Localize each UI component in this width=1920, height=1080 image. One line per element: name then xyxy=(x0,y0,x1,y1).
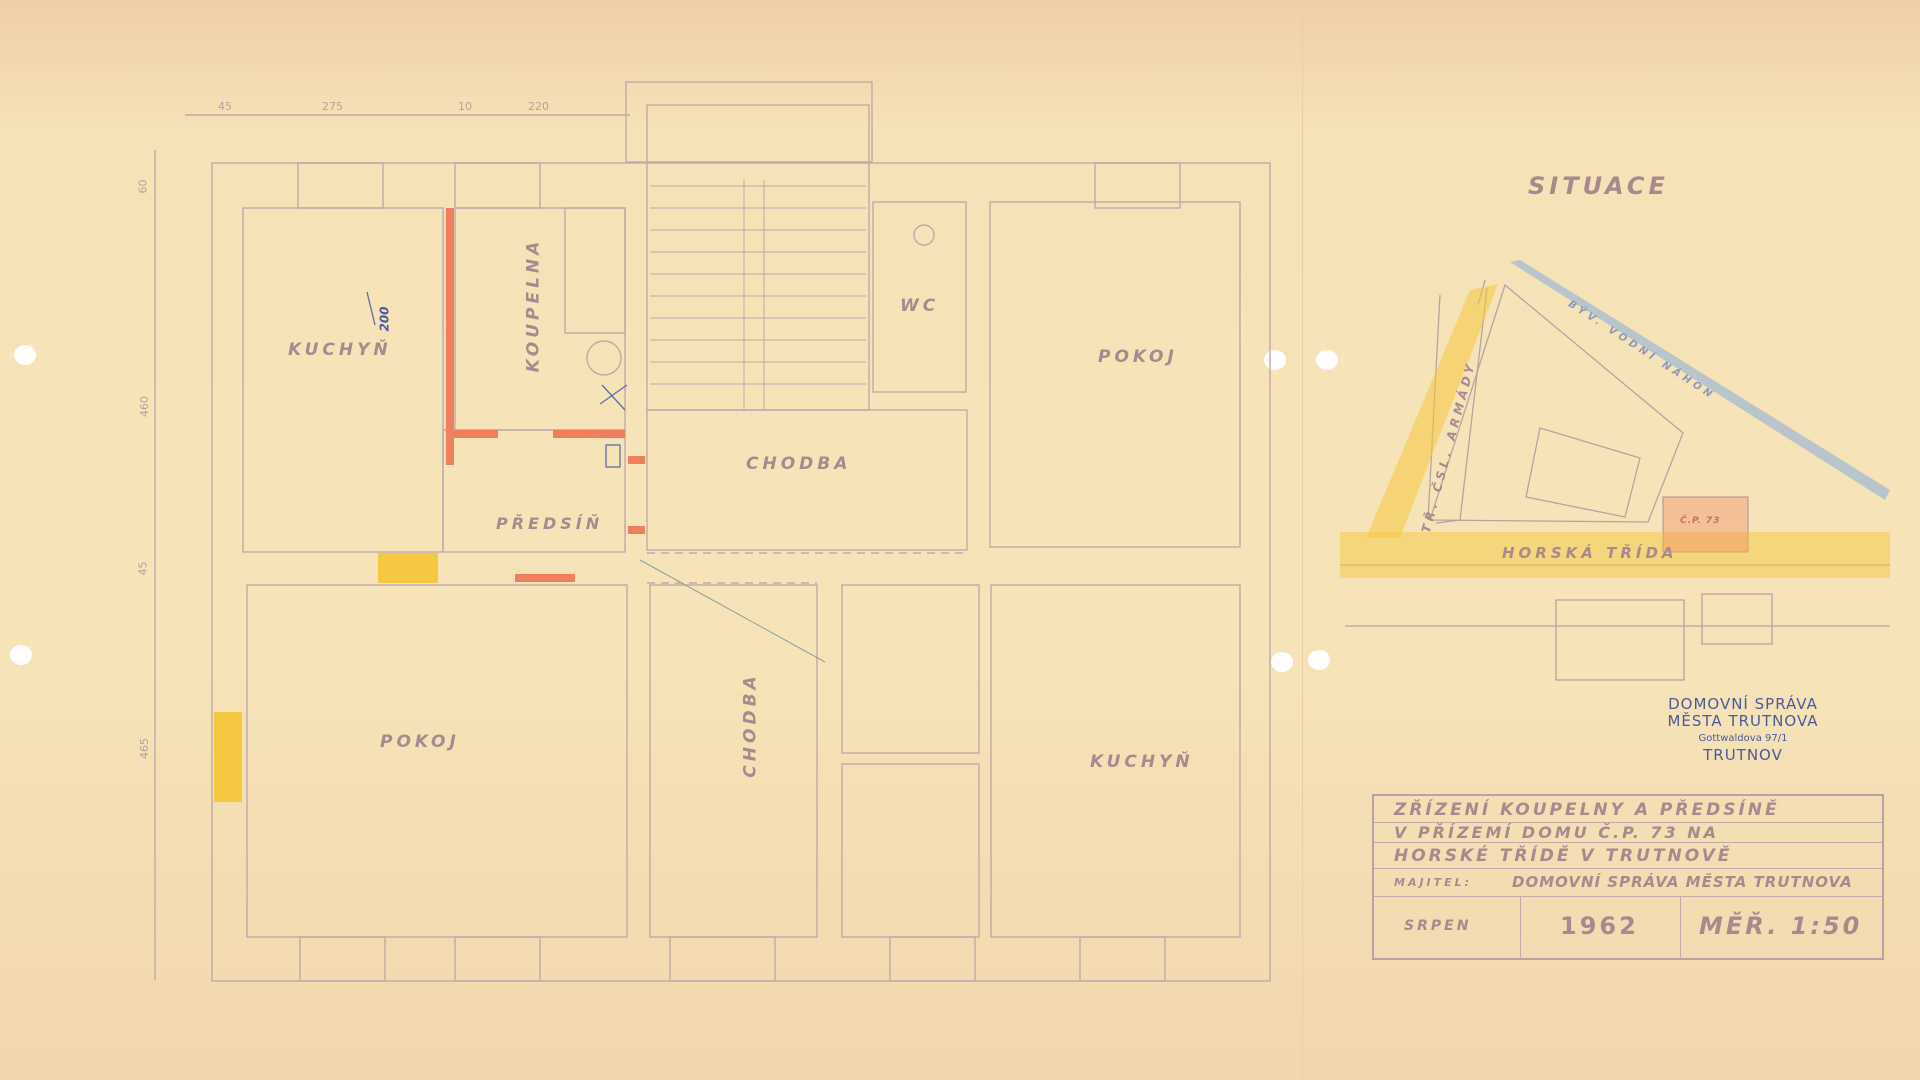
blue-annotation: 200 xyxy=(378,306,392,331)
building-label: Č.P. 73 xyxy=(1680,516,1720,526)
room-label-kuchyn: KUCHYŇ xyxy=(288,340,392,360)
room-label-pokoj: POKOJ xyxy=(380,732,460,752)
title-line-3: HORSKÉ TŘÍDĚ V TRUTNOVĚ xyxy=(1394,846,1732,866)
owner-name: DOMOVNÍ SPRÁVA MĚSTA TRUTNOVA xyxy=(1512,873,1853,891)
dimension: 10 xyxy=(458,100,472,113)
dimension: 460 xyxy=(138,396,151,417)
room-label-chodba: CHODBA xyxy=(741,672,761,777)
title-line-1: ZŘÍZENÍ KOUPELNY A PŘEDSÍNĚ xyxy=(1394,800,1780,820)
title-line-2: V PŘÍZEMÍ DOMU Č.P. 73 NA xyxy=(1394,823,1719,842)
room-label-koupelna: KOUPELNA xyxy=(523,238,543,373)
room-label-kuchyn: KUCHYŇ xyxy=(1090,752,1194,772)
drawing-sheet: KUCHYŇ KOUPELNA WC POKOJ CHODBA PŘEDSÍŇ … xyxy=(0,0,1920,1080)
office-stamp: DOMOVNÍ SPRÁVA MĚSTA TRUTNOVA Gottwaldov… xyxy=(1648,696,1838,764)
dimension: 275 xyxy=(322,100,343,113)
dimension: 465 xyxy=(138,738,151,759)
room-label-predsin: PŘEDSÍŇ xyxy=(496,514,603,533)
stamp-line: TRUTNOV xyxy=(1648,747,1838,764)
owner-label: MAJITEL: xyxy=(1394,876,1472,889)
dimension: 45 xyxy=(218,100,232,113)
title-block: ZŘÍZENÍ KOUPELNY A PŘEDSÍNĚ V PŘÍZEMÍ DO… xyxy=(1372,794,1884,960)
room-label-wc: WC xyxy=(900,296,939,316)
dimension: 45 xyxy=(137,562,150,576)
stamp-line: DOMOVNÍ SPRÁVA xyxy=(1648,696,1838,713)
scale: MĚŘ. 1:50 xyxy=(1699,912,1862,940)
stamp-line: Gottwaldova 97/1 xyxy=(1648,730,1838,747)
date-month: SRPEN xyxy=(1404,918,1471,934)
room-label-pokoj: POKOJ xyxy=(1098,347,1178,367)
site-plan-title: SITUACE xyxy=(1528,172,1669,200)
dimension: 60 xyxy=(137,180,150,194)
dimension: 220 xyxy=(528,100,549,113)
stamp-line: MĚSTA TRUTNOVA xyxy=(1648,713,1838,730)
street-label-horizontal: HORSKÁ TŘÍDA xyxy=(1502,544,1678,562)
date-year: 1962 xyxy=(1560,912,1639,940)
room-label-chodba: CHODBA xyxy=(746,454,851,474)
